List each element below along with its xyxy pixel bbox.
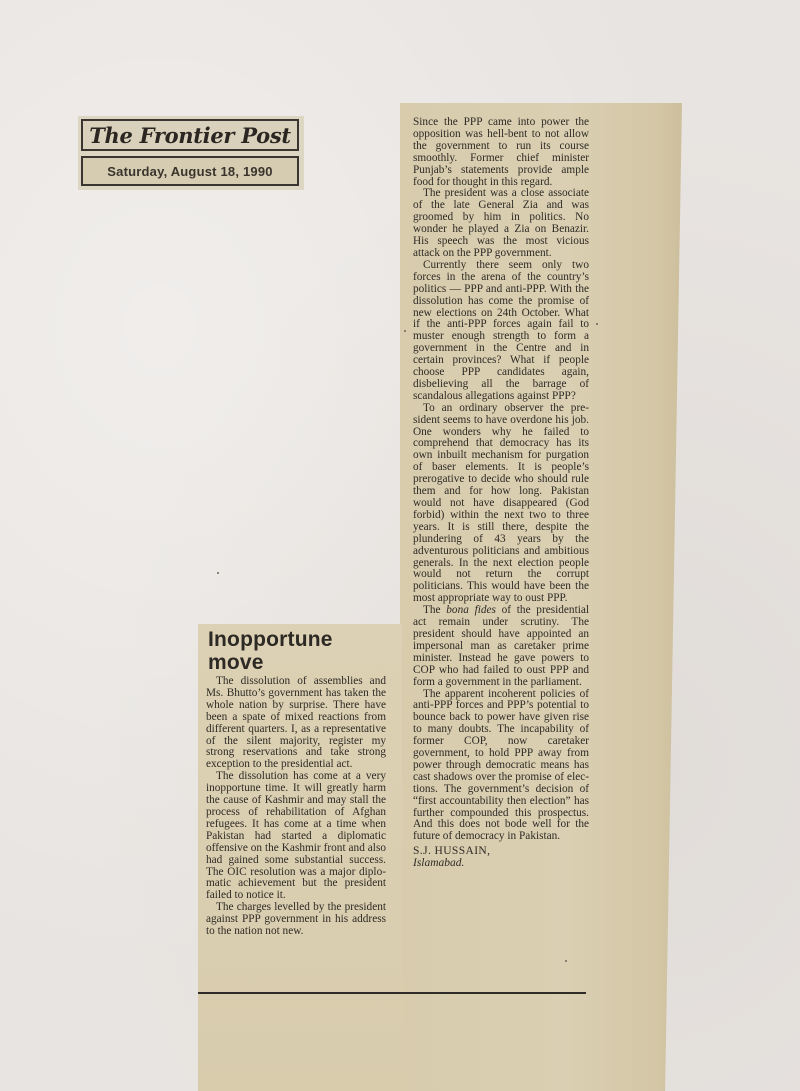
headline-line-2: move [208,651,388,674]
author-location: Islamabad. [413,858,589,870]
paper-speck [596,323,598,325]
paragraph: The president was a close asso­ciate of … [413,188,589,259]
article-headline: Inopportune move [208,628,388,674]
paragraph: Currently there seem only two forces in … [413,260,589,403]
newspaper-title: The Frontier Post [89,123,291,148]
masthead-clipping: The Frontier Post Saturday, August 18, 1… [78,116,304,190]
paragraph: The charges levelled by the pre­sident a… [206,902,386,938]
paragraph: To an ordinary observer the pre­sident s… [413,403,589,605]
paragraph: Since the PPP came into power the opposi… [413,117,589,188]
text-run: of the presiden­tial act remain under sc… [413,604,589,687]
italic-text: bona fides [446,604,496,616]
publication-date-box: Saturday, August 18, 1990 [81,156,299,186]
paragraph: The dissolution of assemblies and Ms. Bh… [206,676,386,771]
article-left-column: The dissolution of assemblies and Ms. Bh… [206,676,386,938]
paper-speck [404,330,406,332]
headline-line-1: Inopportune [208,628,388,651]
paragraph: The apparent incoherent poli­cies of ant… [413,689,589,844]
paper-speck [565,960,567,962]
paper-speck [217,572,219,574]
publication-date: Saturday, August 18, 1990 [107,164,272,179]
article-end-rule [198,992,586,994]
paragraph-bona-fides: The bona fides of the presiden­tial act … [413,605,589,688]
article-right-column: Since the PPP came into power the opposi… [413,117,589,870]
text-run: The [423,604,446,616]
newspaper-title-box: The Frontier Post [81,119,299,151]
author-signature: S.J. HUSSAIN, Islamabad. [413,846,589,870]
paragraph: The dissolution has come at a very inopp… [206,771,386,902]
